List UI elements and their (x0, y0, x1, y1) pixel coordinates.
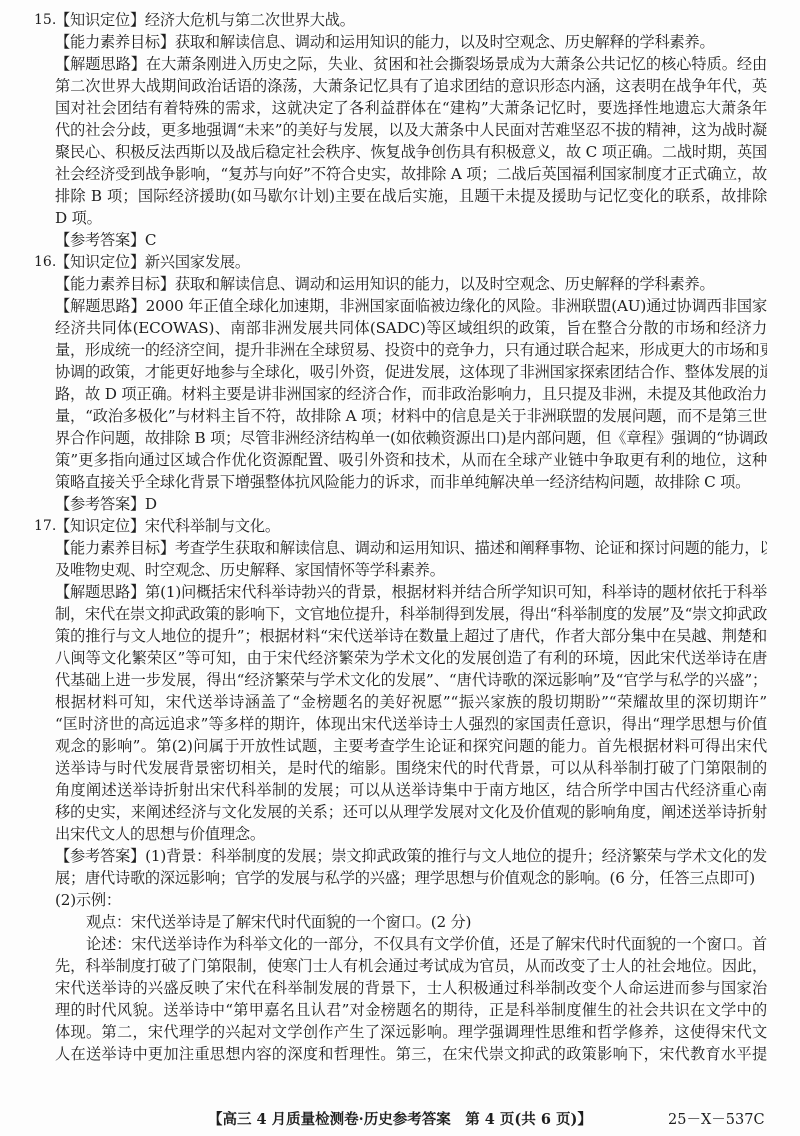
q17-analysis: 根据材料可知，宋代送举诗涵盖了“金榜题名的美好祝愿”“振兴家族的殷切期盼”“荣耀… (55, 691, 767, 713)
q17-argument: 论述：宋代送举诗作为科举文化的一部分，不仅具有文学价值，还是了解宋代时代面貌的一… (86, 933, 767, 955)
q15-analysis: 排除 B 项；国际经济援助(如马歇尔计划)主要在战后实施，且题干未提及援助与记忆… (55, 185, 767, 207)
q16-analysis: 【解题思路】2000 年正值全球化加速期，非洲国家面临被边缘化的风险。非洲联盟(… (55, 295, 767, 317)
footer-code: 25－X－537C (668, 1109, 765, 1131)
q16-analysis: 界合作问题，故排除 B 项；尽管非洲经济结构单一(如依赖资源出口)是内部问题，但… (55, 427, 767, 449)
q16-ability: 【能力素养目标】获取和解读信息、调动和运用知识的能力，以及时空观念、历史解释的学… (55, 273, 767, 295)
q16-analysis: 策”更多指向通过区域合作优化资源配置、吸引外资和技术，从而在全球产业链中争取更有… (55, 449, 767, 471)
q16-analysis: 策略直接关乎全球化背景下增强整体抗风险能力的诉求，而非单纯解决单一经济结构问题，… (55, 471, 767, 493)
q16-answer: 【参考答案】D (55, 493, 767, 515)
q15-analysis: D 项。 (55, 207, 767, 229)
q15-analysis: 聚民心、积极反法西斯以及战后稳定社会秩序、恢复战争创伤具有积极意义，故 C 项正… (55, 141, 767, 163)
q17-analysis: 角度阐述送举诗折射出宋代科举制的发展；可以从送举诗集中于南方地区，结合所学中国古… (55, 779, 767, 801)
q17-analysis: “匡时济世的高远追求”等多样的期许，体现出宋代送举诗士人强烈的家国责任意识，得出… (55, 713, 767, 735)
question-number-15: 15. (34, 9, 56, 31)
footer-title: 【高三 4 月质量检测卷·历史参考答案 第 4 页(共 6 页)】 (208, 1109, 592, 1131)
q17-ability: 及唯物史观、时空观念、历史解释、家国情怀等学科素养。 (55, 559, 767, 581)
question-number-16: 16. (34, 251, 56, 273)
q15-ability: 【能力素养目标】获取和解读信息、调动和运用知识的能力，以及时空观念、历史解释的学… (55, 31, 767, 53)
q17-argument: 体现。第二，宋代理学的兴起对文学创作产生了深远影响。理学强调理性思维和哲学修养，… (55, 1021, 767, 1043)
q16-analysis: 路，故 D 项正确。材料主要是讲非洲国家的经济合作，而非政治影响力，且只提及非洲… (55, 383, 767, 405)
q17-argument: 人在送举诗中更加注重思想内容的深度和哲理性。第三，在宋代崇文抑武的政策影响下，宋… (55, 1043, 767, 1065)
q17-argument: 理的时代风貌。送举诗中“第甲嘉名且认君”对金榜题名的期待，正是科举制度催生的社会… (55, 999, 767, 1021)
q15-knowledge: 【知识定位】经济大危机与第二次世界大战。 (55, 9, 767, 31)
q17-analysis: 八闽等文化繁荣区”等可知，由于宋代经济繁荣为学术文化的发展创造了有利的环境，因此… (55, 647, 767, 669)
q17-analysis: 观念的影响”。第(2)问属于开放性试题，主要考查学生论证和探究问题的能力。首先根… (55, 735, 767, 757)
q17-analysis: 移的史实，来阐述经济与文化发展的关系；还可以从理学发展对文化及价值观的影响角度，… (55, 801, 767, 823)
q17-answer: (2)示例： (55, 889, 767, 911)
q15-analysis: 【解题思路】在大萧条刚进入历史之际，失业、贫困和社会撕裂场景成为大萧条公共记忆的… (55, 53, 767, 75)
q17-analysis: 策的推行与文人地位的提升”；根据材料“宋代送举诗在数量上超过了唐代，作者大部分集… (55, 625, 767, 647)
q16-analysis: 经济共同体(ECOWAS)、南部非洲发展共同体(SADC)等区域组织的政策，旨在… (55, 317, 767, 339)
q15-answer: 【参考答案】C (55, 229, 767, 251)
q17-analysis: 代基础上进一步发展，得出“经济繁荣与学术文化的发展”、“唐代诗歌的深远影响”及“… (55, 669, 767, 691)
q17-analysis: 出宋代文人的思想与价值理念。 (55, 823, 767, 845)
page-footer: 【高三 4 月质量检测卷·历史参考答案 第 4 页(共 6 页)】 25－X－5… (0, 1109, 800, 1131)
q17-argument: 宋代送举诗的兴盛反映了宋代在科举制发展的背景下，士人积极通过科举制改变个人命运进… (55, 977, 767, 999)
q17-analysis: 送举诗与时代发展背景密切相关，是时代的缩影。围绕宋代的时代背景，可以从科举制打破… (55, 757, 767, 779)
question-number-17: 17. (34, 515, 56, 537)
q16-analysis: 量，“政治多极化”与材料主旨不符，故排除 A 项；材料中的信息是关于非洲联盟的发… (55, 405, 767, 427)
q15-analysis: 社会经济受到战争影响，“复苏与向好”不符合史实，故排除 A 项；二战后英国福利国… (55, 163, 767, 185)
q15-analysis: 国对社会团结有着特殊的需求，这就决定了各利益群体在“建构”大萧条记忆时，要选择性… (55, 97, 767, 119)
q17-argument: 先，科举制度打破了门第限制，使寒门士人有机会通过考试成为官员，从而改变了士人的社… (55, 955, 767, 977)
q17-analysis: 【解题思路】第(1)问概括宋代科举诗勃兴的背景，根据材料并结合所学知识可知，科举… (55, 581, 767, 603)
q17-ability: 【能力素养目标】考查学生获取和解读信息、调动和运用知识、描述和阐释事物、论证和探… (55, 537, 767, 559)
q16-analysis: 量，形成统一的经济空间，提升非洲在全球贸易、投资中的竞争力，只有通过联合起来，形… (55, 339, 767, 361)
q15-analysis: 第二次世界大战期间政治话语的涤荡，大萧条记忆具有了追求团结的意识形态内涵，这表明… (55, 75, 767, 97)
q16-analysis: 协调的政策，才能更好地参与全球化，吸引外资，促进发展，这体现了非洲国家探索团结合… (55, 361, 767, 383)
q17-analysis: 制，宋代在崇文抑武政策的影响下，文官地位提升，科举制得到发展，得出“科举制度的发… (55, 603, 767, 625)
q17-viewpoint: 观点：宋代送举诗是了解宋代时代面貌的一个窗口。(2 分) (86, 911, 767, 933)
q15-analysis: 代的社会分歧，更多地强调“未来”的美好与发展，以及大萧条中人民面对苦难坚忍不拔的… (55, 119, 767, 141)
q17-answer: 展；唐代诗歌的深远影响；官学的发展与私学的兴盛；理学思想与价值观念的影响。(6 … (55, 867, 767, 889)
q17-knowledge: 【知识定位】宋代科举制与文化。 (55, 515, 767, 537)
q16-knowledge: 【知识定位】新兴国家发展。 (55, 251, 767, 273)
q17-answer: 【参考答案】(1)背景：科举制度的发展；崇文抑武政策的推行与文人地位的提升；经济… (55, 845, 767, 867)
